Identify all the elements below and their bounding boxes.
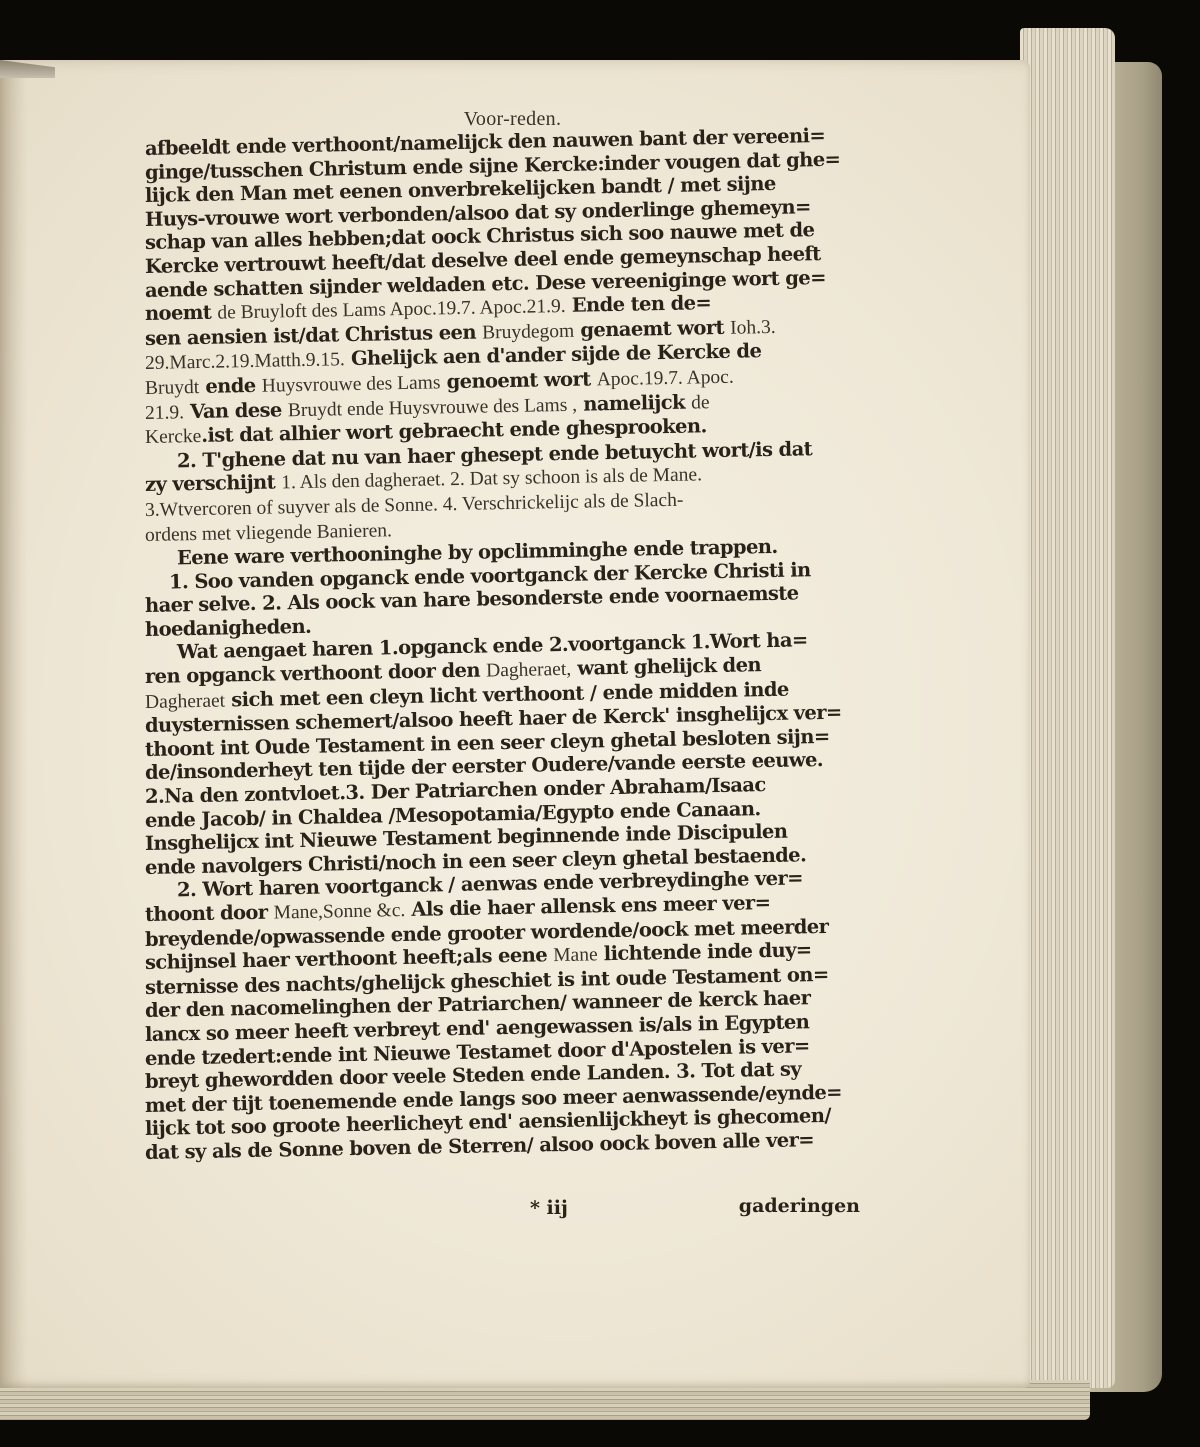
- blackletter-span: noemt: [145, 301, 218, 325]
- book-scan: Voor-reden. afbeeldt ende verthoont/name…: [0, 0, 1200, 1447]
- blackletter-span: thoont door: [145, 901, 274, 926]
- body-text: afbeeldt ende verthoont/namelijck den na…: [145, 137, 860, 1165]
- page-footer: * iij gaderingen: [530, 1195, 860, 1225]
- roman-type-span: Dagheraet,: [486, 659, 571, 682]
- roman-type-span: Ioh.3.: [730, 317, 776, 339]
- page-stack-right-edge: [1020, 28, 1115, 1388]
- blackletter-span: genaemt wort: [574, 316, 730, 342]
- page-gutter: [0, 70, 28, 1388]
- signature-mark: * iij: [530, 1197, 568, 1219]
- blackletter-span: lichtende inde duy=: [597, 938, 811, 965]
- blackletter-span: Ende ten de=: [565, 291, 711, 317]
- roman-type-span: Huysvrouwe des Lams: [262, 372, 441, 396]
- blackletter-span: want ghelijck den: [571, 653, 761, 680]
- text-line-content: hoedanigheden.: [145, 615, 312, 641]
- blackletter-span: zy verschijnt: [145, 471, 282, 497]
- roman-type-span: 29.Marc.2.19.Matth.9.15.: [145, 350, 345, 375]
- catchword: gaderingen: [739, 1195, 860, 1217]
- roman-type-span: Apoc.19.7. Apoc.: [597, 367, 734, 391]
- roman-type-span: Dagheraet: [145, 690, 226, 713]
- blackletter-span: genoemt wort: [440, 367, 597, 393]
- roman-type-span: Bruydt: [145, 377, 200, 399]
- text-block: Voor-reden. afbeeldt ende verthoont/name…: [145, 108, 860, 1165]
- roman-type-span: de: [691, 392, 710, 413]
- roman-type-span: Mane,Sonne &c.: [273, 900, 405, 924]
- blackletter-span: namelijck: [577, 390, 692, 415]
- blackletter-span: Van dese: [184, 398, 288, 423]
- roman-type-span: Mane: [553, 944, 598, 966]
- roman-type-span: Kercke: [145, 426, 202, 448]
- roman-type-span: Bruydegom: [482, 321, 574, 344]
- roman-type-span: ordens met vliegende Banieren.: [145, 520, 392, 546]
- roman-type-span: 21.9.: [145, 402, 184, 424]
- blackletter-span: ende: [199, 374, 262, 398]
